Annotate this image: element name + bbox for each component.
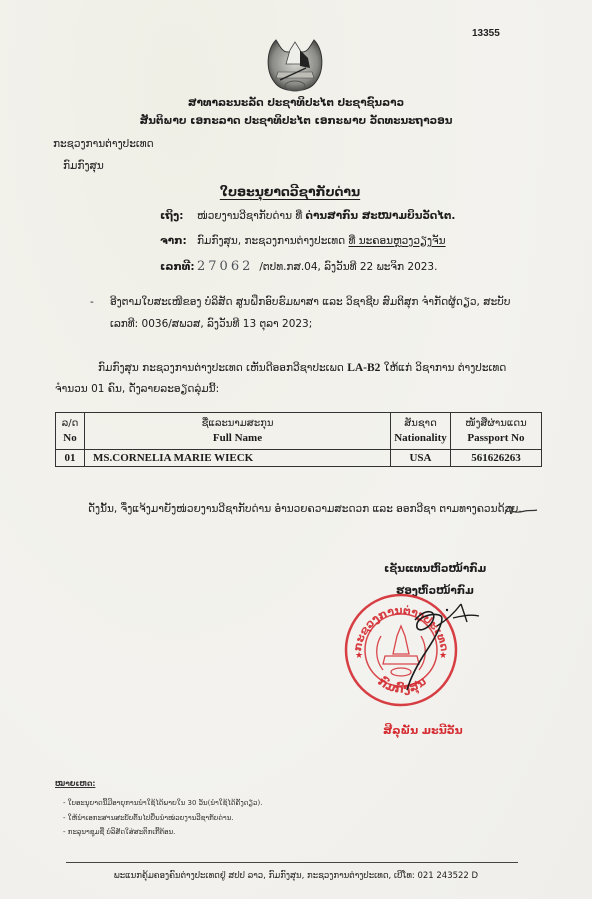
reference-bullet: - — [90, 296, 94, 308]
approval-text-pre: ກົມກົງສຸນ ກະຊວງການຕ່າງປະເທດ ເຫັນດີອອກວີຊ… — [98, 362, 347, 374]
visa-type: LA-B2 — [347, 362, 380, 374]
country-name: ສາທາລະນະລັດ ປະຊາທິປະໄຕ ປະຊາຊົນລາວ — [0, 97, 592, 109]
recipient-label: ເຖິງ: — [160, 210, 197, 222]
document-number-line: ເລກທີ:27062/ຕປທ.ກສ.04, ລົງວັນທີ 22 ພະຈິກ… — [160, 259, 437, 274]
national-motto: ສັນຕິພາບ ເອກະລາດ ປະຊາທິປະໄຕ ເອກະພາບ ວັດທ… — [0, 115, 592, 127]
note-item: - ໃບອະນຸຍາດນີ້ມີອາຍຸການນຳໃຊ້ໄດ້ພາຍໃນ 30 … — [63, 799, 262, 807]
signer-name: ສີລຸພັນ ມະນີວັນ — [383, 724, 463, 737]
table-header-row: ລ/ດNo ຊື່ແລະນາມສະກຸນFull Name ສັນຊາດNati… — [56, 413, 542, 450]
header-no: ລ/ດNo — [56, 413, 85, 450]
note-item: - ກະລຸນາຊຸມຊື່ ບໍລິສັດໃສ່ສະຕິກເກີ້ຕ້ອນ. — [63, 828, 175, 836]
cell-full-name: MS.CORNELIA MARIE WIECK — [85, 450, 391, 467]
handwritten-stroke-icon — [503, 500, 539, 520]
cell-passport: 561626263 — [451, 450, 542, 467]
document-reference-number: 13355 — [472, 28, 500, 39]
ministry-name: ກະຊວງການຕ່າງປະເທດ — [53, 138, 154, 150]
table-row: 01 MS.CORNELIA MARIE WIECK USA 561626263 — [56, 450, 542, 467]
cell-nationality: USA — [391, 450, 451, 467]
footer-contact: ພະແນກຄຸ້ມຄອງຄົນຕ່າງປະເທດຢູ່ ສປປ ລາວ, ກົມ… — [0, 871, 592, 881]
sender-location: ທີ່ ນະຄອນຫຼວງວຽງຈັນ — [349, 235, 446, 247]
approval-text-post: ໃຫ້ແກ່ ວິຊາການ ຕ່າງປະເທດ — [380, 362, 506, 374]
signed-on-behalf-label: ເຊັນແທນຫົວໜ້າກົມ — [384, 563, 486, 575]
header-nationality: ສັນຊາດNationality — [391, 413, 451, 450]
approval-line-2: ຈຳນວນ 01 ຄົນ, ດັ່ງລາຍລະອຽດລຸ່ມນີ້: — [55, 383, 219, 395]
recipient-location: ດ່ານສາກົນ ສະໜາມບິນວັດໄຕ. — [306, 210, 456, 222]
department-name: ກົມກົງສຸນ — [63, 160, 104, 172]
closing-statement: ດັ່ງນັ້ນ, ຈຶ່ງແຈ້ງມາຍັງໜ່ວຍງານວີຊາກັບດ່າ… — [88, 503, 522, 515]
header-full-name: ຊື່ແລະນາມສະກຸນFull Name — [85, 413, 391, 450]
stamp-star-left: ★ — [355, 651, 363, 661]
recipient-text: ໜ່ວຍງານວີຊາກັບດ່ານ ທີ່ — [197, 210, 306, 222]
header-passport: ໜັງສືຜ່ານແດນPassport No — [451, 413, 542, 450]
sender-text: ກົມກົງສຸນ, ກະຊວງການຕ່າງປະເທດ — [197, 235, 349, 247]
applicant-table: ລ/ດNo ຊື່ແລະນາມສະກຸນFull Name ສັນຊາດNati… — [55, 412, 542, 467]
cell-no: 01 — [56, 450, 85, 467]
number-text: /ຕປທ.ກສ.04, ລົງວັນທີ 22 ພະຈິກ 2023. — [259, 261, 437, 273]
reference-line-2: ເລກທີ: 0036/ສພວສ, ລົງວັນທີ 13 ຕຸລາ 2023; — [110, 318, 312, 330]
signature-icon — [375, 598, 485, 698]
national-emblem-icon — [262, 28, 328, 98]
footer-divider — [66, 862, 518, 863]
note-item: - ໃຫ້ນຳເອກະສານສະບັບຕົ້ນໄປຍື່ນນຳໜ່ວຍງານວີ… — [63, 814, 234, 822]
notes-heading: ໝາຍເຫດ: — [55, 779, 95, 788]
sender-label: ຈາກ: — [160, 235, 197, 247]
reference-line-1: ອີງຕາມໃບສະເໜີຂອງ ບໍລິສັດ ສູນຝຶກອົບຮົມພາສ… — [110, 296, 510, 308]
document-title: ໃບອະນຸຍາດວີຊາກັບດ່ານ — [0, 184, 580, 199]
recipient-line: ເຖິງ:ໜ່ວຍງານວີຊາກັບດ່ານ ທີ່ ດ່ານສາກົນ ສະ… — [160, 210, 455, 222]
approval-line-1: ກົມກົງສຸນ ກະຊວງການຕ່າງປະເທດ ເຫັນດີອອກວີຊ… — [98, 362, 506, 374]
sender-line: ຈາກ:ກົມກົງສຸນ, ກະຊວງການຕ່າງປະເທດ ທີ່ ນະຄ… — [160, 235, 446, 247]
number-label: ເລກທີ: — [160, 261, 197, 273]
handwritten-number: 27062 — [197, 259, 253, 274]
